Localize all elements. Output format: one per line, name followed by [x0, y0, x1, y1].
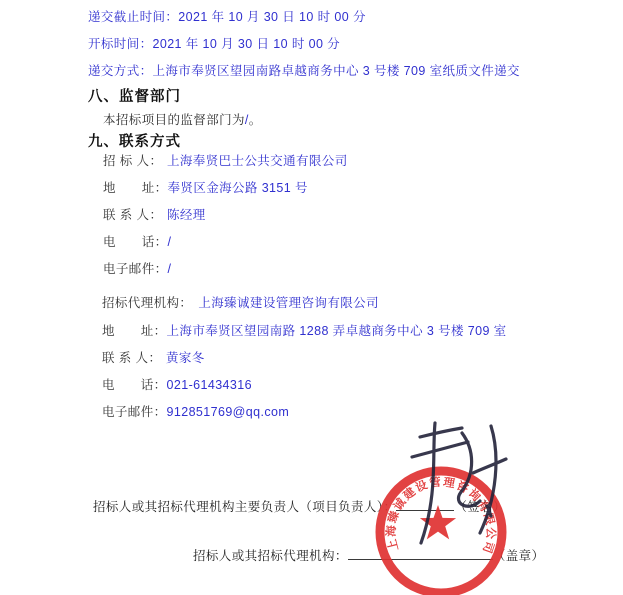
- agency-email-row: 电子邮件：912851769@qq.com: [102, 402, 289, 420]
- signature-line-suffix: （签名）: [454, 500, 506, 514]
- tenderer-address-row: 地 址：奉贤区金海公路 3151 号: [103, 178, 308, 196]
- tenderer-name-row: 招 标 人：上海奉贤巴士公共交通有限公司: [103, 151, 348, 169]
- contact-person-label: 联 系 人：: [103, 205, 167, 223]
- email-label: 电子邮件：: [102, 402, 167, 420]
- tenderer-contact-person-row: 联 系 人：陈经理: [103, 205, 206, 223]
- supervision-period: 。: [249, 113, 262, 127]
- email-value: 912851769@qq.com: [167, 405, 290, 419]
- bid-opening-time-line: 开标时间：2021 年 10 月 30 日 10 时 00 分: [88, 34, 340, 52]
- phone-label: 电 话：: [102, 375, 167, 393]
- section-heading-supervision: 八、监督部门: [88, 85, 181, 106]
- stamp-blank: [348, 547, 493, 560]
- agency-contact-person-row: 联 系 人：黄家冬: [102, 348, 205, 366]
- responsible-person-signature-line: 招标人或其招标代理机构主要负责人（项目负责人）：（签名）: [93, 497, 506, 515]
- contact-person-value: 陈经理: [167, 208, 206, 222]
- agency-address-row: 地 址：上海市奉贤区望园南路 1288 弄卓越商务中心 3 号楼 709 室: [102, 321, 507, 339]
- supervision-text: 本招标项目的监督部门为: [103, 113, 245, 127]
- supervision-body: 本招标项目的监督部门为/。: [103, 110, 262, 128]
- phone-value: 021-61434316: [167, 378, 252, 392]
- company-seal-ring: [380, 471, 502, 593]
- stamp-line-suffix: （盖章）: [493, 549, 545, 563]
- phone-value: /: [168, 235, 172, 249]
- seal-company-text: 上海臻诚建设管理咨询有限公司: [384, 475, 498, 557]
- agency-phone-row: 电 话：021-61434316: [102, 375, 252, 393]
- address-value: 上海市奉贤区望园南路 1288 弄卓越商务中心 3 号楼 709 室: [167, 324, 507, 338]
- submission-method-line: 递交方式：上海市奉贤区望园南路卓越商务中心 3 号楼 709 室纸质文件递交: [88, 61, 520, 79]
- signature-blank: [396, 498, 454, 511]
- tenderer-value: 上海奉贤巴士公共交通有限公司: [167, 154, 348, 168]
- submission-deadline-line: 递交截止时间：2021 年 10 月 30 日 10 时 00 分: [88, 7, 366, 25]
- handwritten-signature: [412, 423, 506, 543]
- organization-stamp-line: 招标人或其招标代理机构：（盖章）: [193, 546, 544, 564]
- signature-line-text: 招标人或其招标代理机构主要负责人（项目负责人）：: [93, 500, 396, 514]
- tenderer-phone-row: 电 话：/: [103, 232, 171, 250]
- email-label: 电子邮件：: [103, 259, 168, 277]
- email-value: /: [168, 262, 172, 276]
- contact-person-value: 黄家冬: [166, 351, 205, 365]
- address-label: 地 址：: [102, 321, 167, 339]
- tenderer-label: 招 标 人：: [103, 151, 167, 169]
- agency-value: 上海臻诚建设管理咨询有限公司: [198, 296, 379, 310]
- address-label: 地 址：: [103, 178, 168, 196]
- contact-person-label: 联 系 人：: [102, 348, 166, 366]
- stamp-line-text: 招标人或其招标代理机构：: [193, 549, 348, 563]
- section-heading-contact: 九、联系方式: [88, 130, 181, 151]
- agency-label: 招标代理机构：: [102, 293, 192, 311]
- address-value: 奉贤区金海公路 3151 号: [168, 181, 308, 195]
- tenderer-email-row: 电子邮件：/: [103, 259, 171, 277]
- phone-label: 电 话：: [103, 232, 168, 250]
- agency-name-row: 招标代理机构：上海臻诚建设管理咨询有限公司: [102, 293, 379, 311]
- tender-notice-document: 递交截止时间：2021 年 10 月 30 日 10 时 00 分 开标时间：2…: [0, 0, 623, 595]
